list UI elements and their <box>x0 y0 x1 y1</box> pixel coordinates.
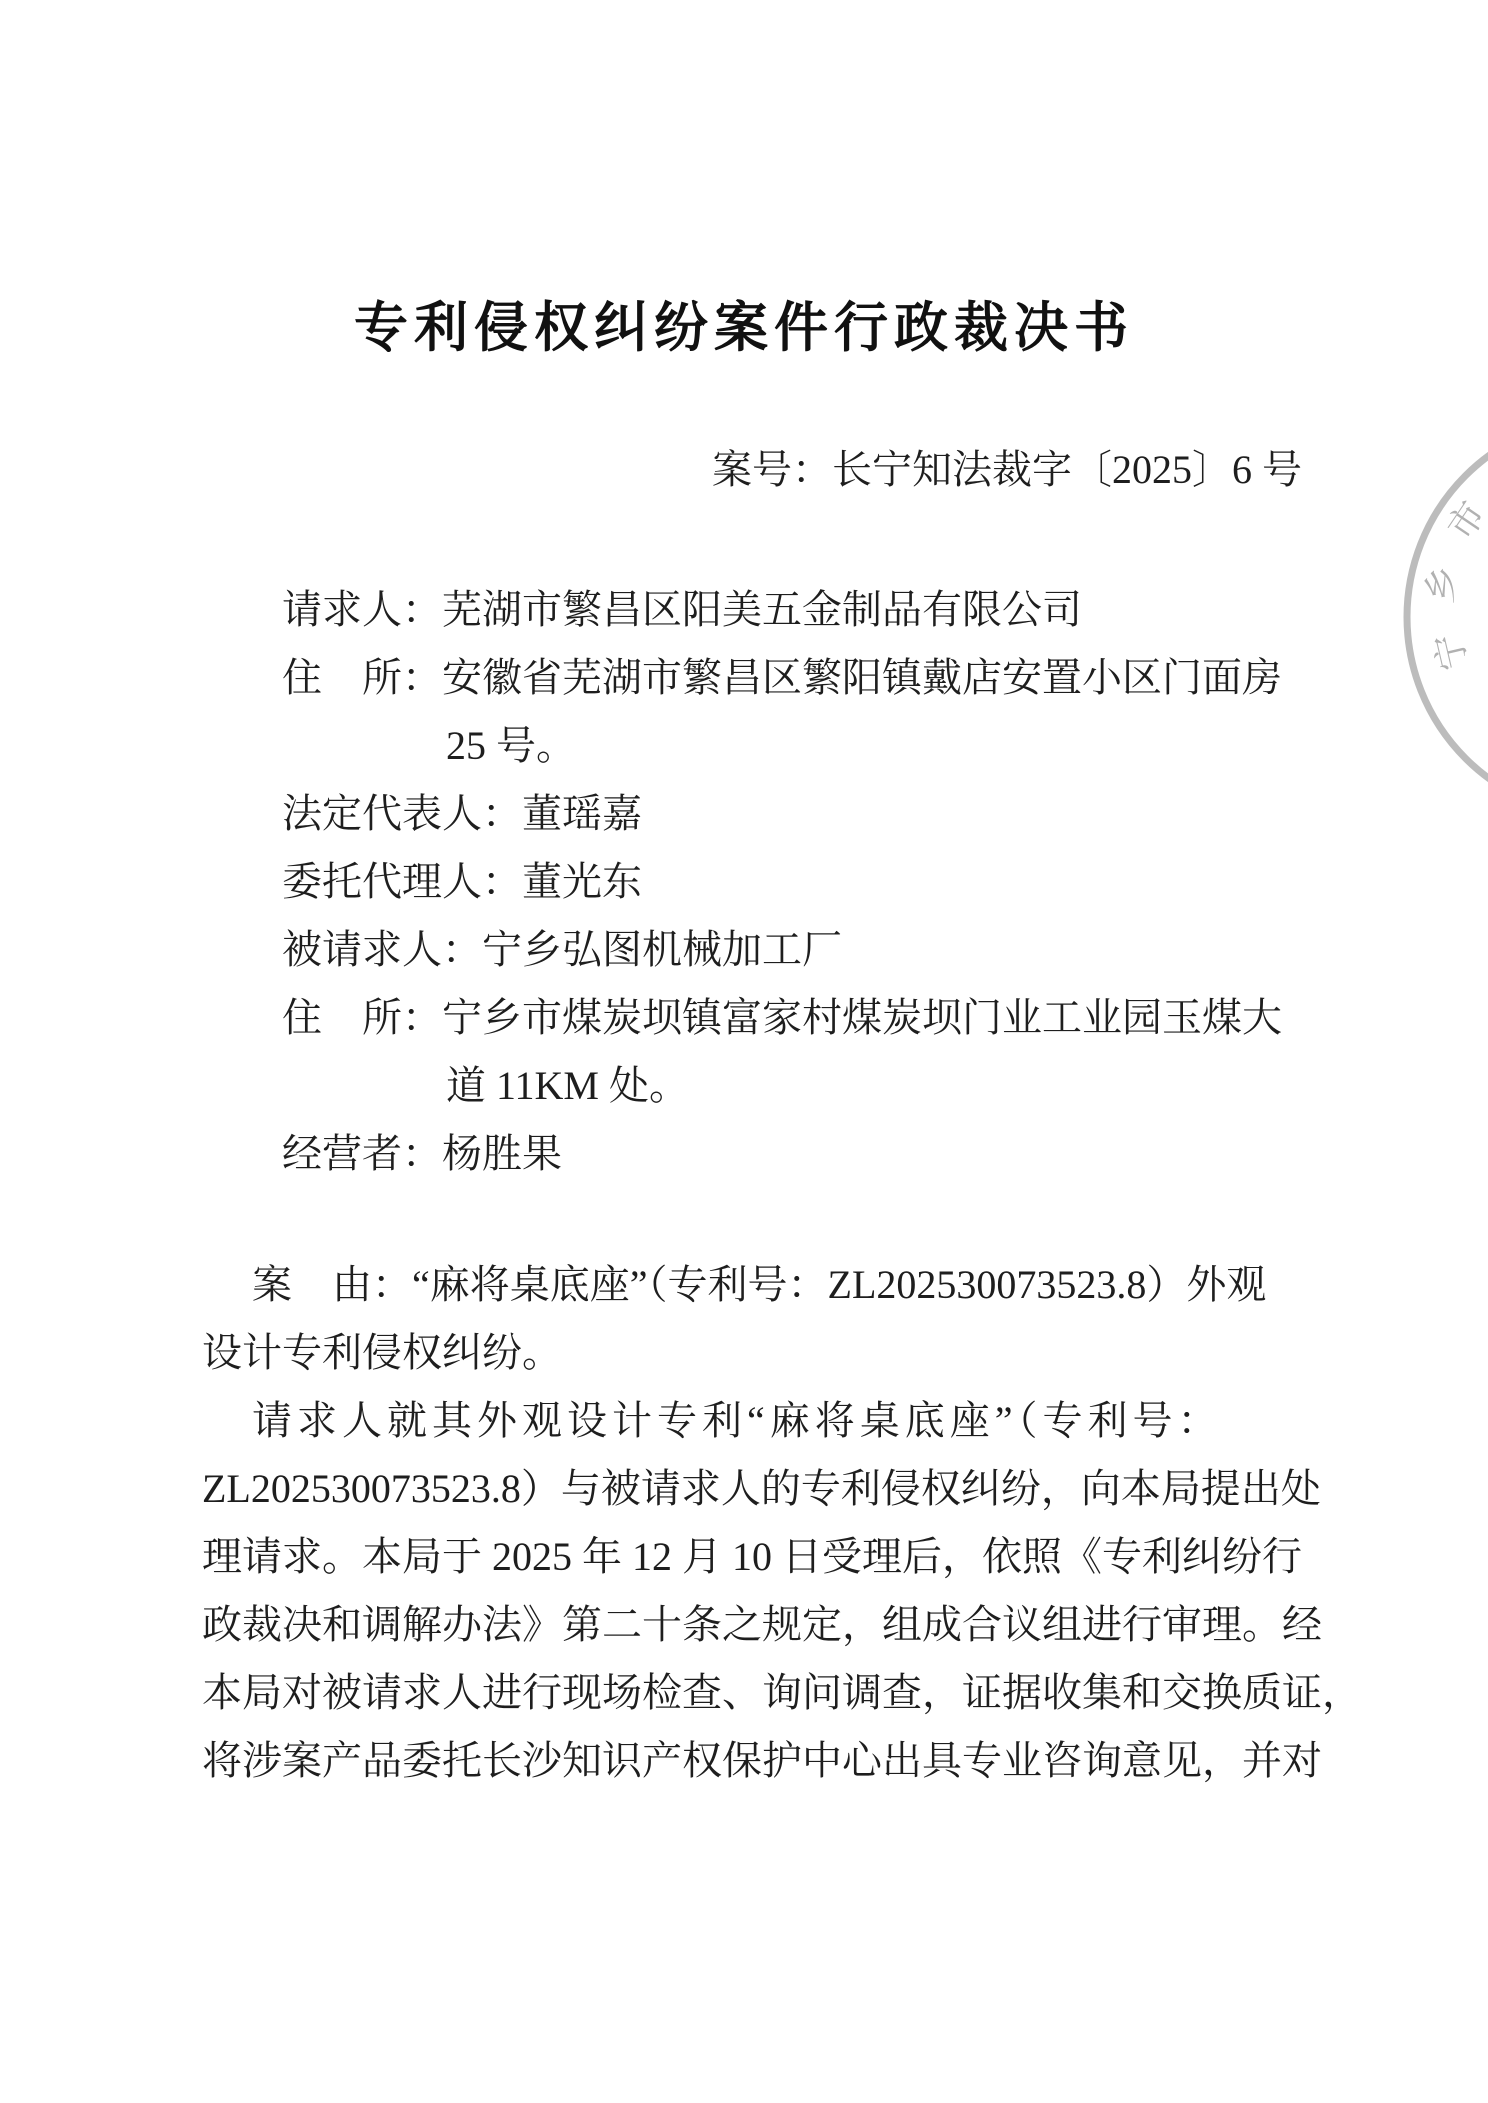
paragraph-line: 案 由：“麻将桌底座”（专利号：ZL202530073523.8）外观 <box>202 1251 1488 1319</box>
paragraph-line: 理请求。本局于 2025 年 12 月 10 日受理后，依照《专利纠纷行 <box>202 1523 1488 1591</box>
paragraph-line: 请求人就其外观设计专利“麻将桌底座”（专利号： <box>202 1387 1488 1455</box>
party-line-operator: 经营者：杨胜果 <box>282 1120 1488 1188</box>
case-number: 案号：长宁知法裁字〔2025〕6 号 <box>0 436 1488 504</box>
party-line-respondent-address: 住 所：宁乡市煤炭坝镇富家村煤炭坝门业工业园玉煤大 <box>282 984 1488 1052</box>
case-cause-paragraph: 案 由：“麻将桌底座”（专利号：ZL202530073523.8）外观 设计专利… <box>202 1251 1488 1387</box>
paragraph-line: ZL202530073523.8）与被请求人的专利侵权纠纷，向本局提出处 <box>202 1455 1488 1523</box>
party-line-requester-address-cont: 25 号。 <box>282 712 1488 780</box>
paragraph-line: 设计专利侵权纠纷。 <box>202 1319 1488 1387</box>
document-title: 专利侵权纠纷案件行政裁决书 <box>0 296 1488 360</box>
party-line-respondent: 被请求人：宁乡弘图机械加工厂 <box>282 916 1488 984</box>
paragraph-line: 将涉案产品委托长沙知识产权保护中心出具专业咨询意见，并对 <box>202 1727 1488 1795</box>
party-line-entrusted-agent: 委托代理人：董光东 <box>282 848 1488 916</box>
party-block: 请求人：芜湖市繁昌区阳美五金制品有限公司 住 所：安徽省芜湖市繁昌区繁阳镇戴店安… <box>282 576 1488 1188</box>
party-line-requester-address: 住 所：安徽省芜湖市繁昌区繁阳镇戴店安置小区门面房 <box>282 644 1488 712</box>
party-line-respondent-address-cont: 道 11KM 处。 <box>282 1052 1488 1120</box>
paragraph-line: 本局对被请求人进行现场检查、询问调查，证据收集和交换质证， <box>202 1659 1488 1727</box>
document-page: 专利侵权纠纷案件行政裁决书 案号：长宁知法裁字〔2025〕6 号 请求人：芜湖市… <box>0 0 1488 2103</box>
paragraph-line: 政裁决和调解办法》第二十条之规定，组成合议组进行审理。经 <box>202 1591 1488 1659</box>
procedure-paragraph: 请求人就其外观设计专利“麻将桌底座”（专利号： ZL202530073523.8… <box>202 1387 1488 1795</box>
party-line-legal-representative: 法定代表人：董瑶嘉 <box>282 780 1488 848</box>
party-line-requester: 请求人：芜湖市繁昌区阳美五金制品有限公司 <box>282 576 1488 644</box>
